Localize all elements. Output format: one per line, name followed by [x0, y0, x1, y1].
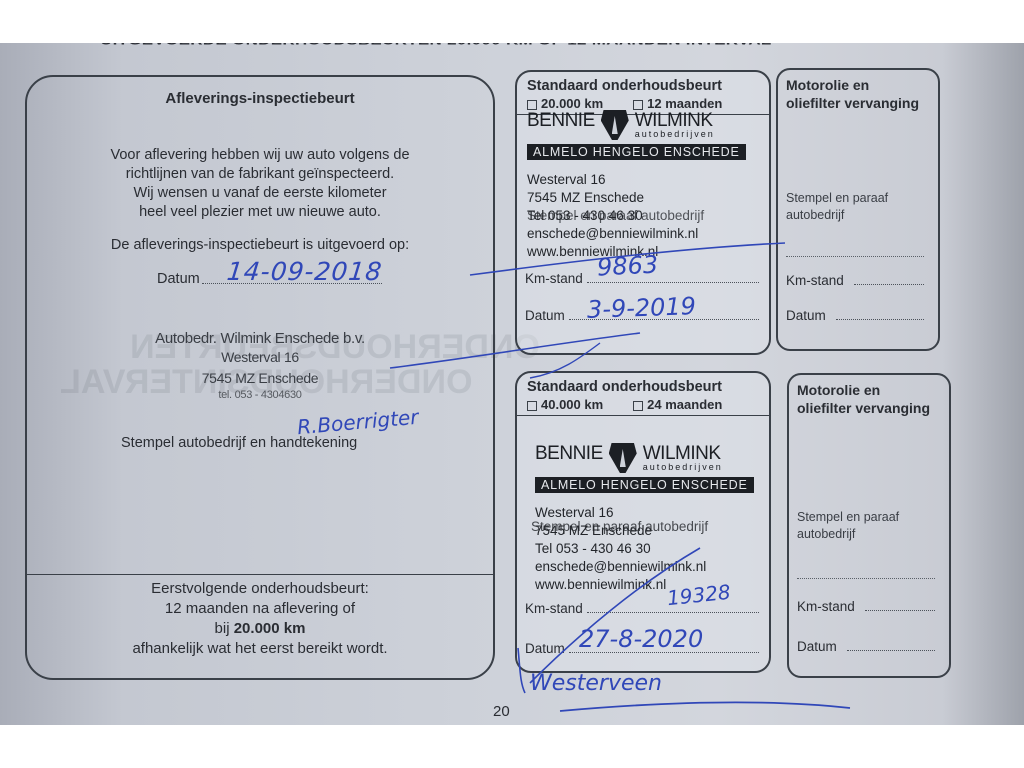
maintenance-booklet-page: UITGEVOERDE ONDERHOUDSBEURTEN 20.000 KM … [0, 43, 1024, 725]
page-number: 20 [493, 703, 510, 720]
handwritten-signature: Westerveen [530, 671, 662, 696]
pen-strokes [0, 43, 1024, 725]
